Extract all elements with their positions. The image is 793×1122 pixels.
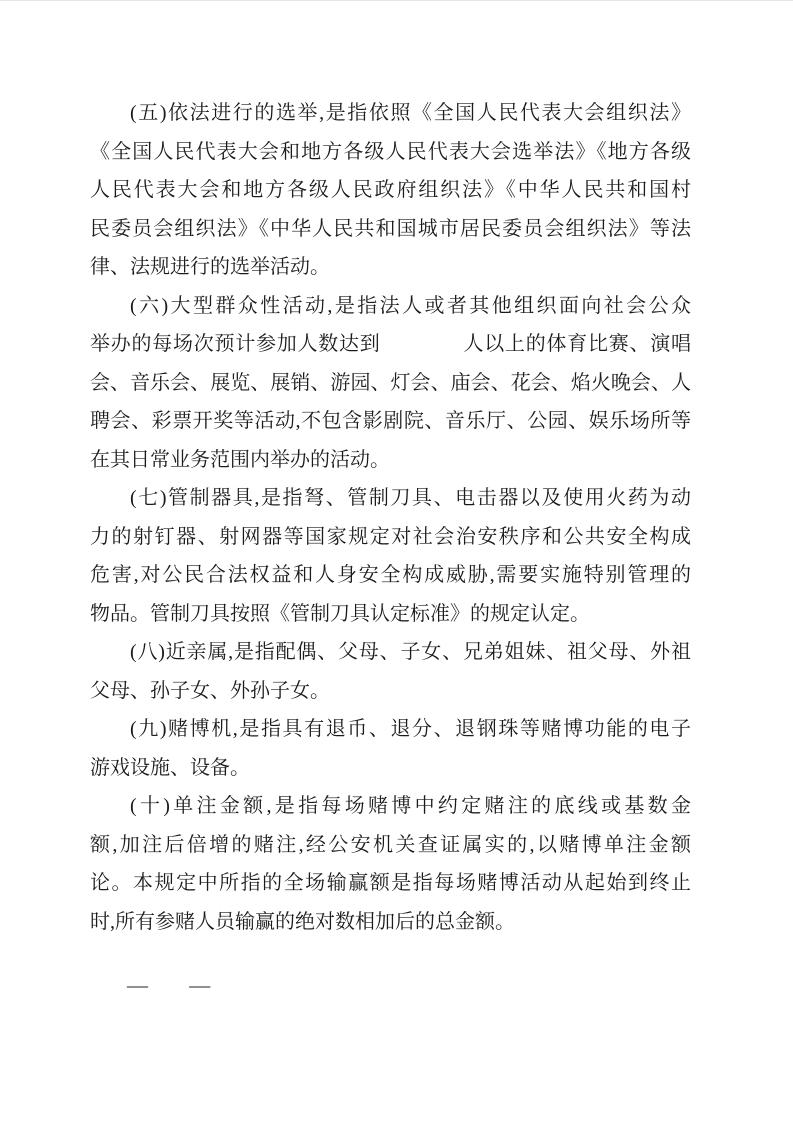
document-body: (五)依法进行的选举,是指依照《全国人民代表大会组织法》 《全国人民代表大会和地… (90, 94, 691, 941)
paragraph-item-9: (九)赌博机,是指具有退币、退分、退钢珠等赌博功能的电子 游戏设施、设备。 (90, 710, 691, 787)
text-line: 聘会、彩票开奖等活动,不包含影剧院、音乐厅、公园、娱乐场所等 (90, 402, 691, 441)
text-line: 危害,对公民合法权益和人身安全构成威胁,需要实施特别管理的 (90, 556, 691, 595)
text-line: 时,所有参赌人员输赢的绝对数相加后的总金额。 (90, 903, 691, 942)
paragraph-item-7: (七)管制器具,是指弩、管制刀具、电击器以及使用火药为动 力的射钉器、射网器等国… (90, 479, 691, 633)
text-line: (八)近亲属,是指配偶、父母、子女、兄弟姐妹、祖父母、外祖 (90, 633, 691, 672)
text-line: 游戏设施、设备。 (90, 749, 691, 788)
document-page: (五)依法进行的选举,是指依照《全国人民代表大会组织法》 《全国人民代表大会和地… (0, 0, 793, 1122)
text-line: 额,加注后倍增的赌注,经公安机关查证属实的,以赌博单注金额 (90, 826, 691, 865)
paragraph-item-10: (十)单注金额,是指每场赌博中约定赌注的底线或基数金 额,加注后倍增的赌注,经公… (90, 787, 691, 941)
text-line: 举办的每场次预计参加人数达到 人以上的体育比赛、演唱 (90, 325, 691, 364)
page-number-dash-left: — (127, 973, 148, 997)
text-line: 力的射钉器、射网器等国家规定对社会治安秩序和公共安全构成 (90, 518, 691, 557)
page-number-footer: — — (127, 973, 210, 997)
paragraph-item-5: (五)依法进行的选举,是指依照《全国人民代表大会组织法》 《全国人民代表大会和地… (90, 94, 691, 287)
text-line: 在其日常业务范围内举办的活动。 (90, 441, 691, 480)
text-line: 父母、孙子女、外孙子女。 (90, 672, 691, 711)
text-line: 论。本规定中所指的全场输赢额是指每场赌博活动从起始到终止 (90, 864, 691, 903)
text-line: 物品。管制刀具按照《管制刀具认定标准》的规定认定。 (90, 595, 691, 634)
paragraph-item-6: (六)大型群众性活动,是指法人或者其他组织面向社会公众 举办的每场次预计参加人数… (90, 287, 691, 480)
text-line: 人民代表大会和地方各级人民政府组织法》《中华人民共和国村 (90, 171, 691, 210)
text-line: (六)大型群众性活动,是指法人或者其他组织面向社会公众 (90, 287, 691, 326)
text-line: 会、音乐会、展览、展销、游园、灯会、庙会、花会、焰火晚会、人才招 (90, 364, 691, 403)
paragraph-item-8: (八)近亲属,是指配偶、父母、子女、兄弟姐妹、祖父母、外祖 父母、孙子女、外孙子… (90, 633, 691, 710)
page-number-dash-right: — (189, 973, 210, 997)
text-line: 《全国人民代表大会和地方各级人民代表大会选举法》《地方各级 (90, 133, 691, 172)
text-line: (十)单注金额,是指每场赌博中约定赌注的底线或基数金 (90, 787, 691, 826)
text-line: 律、法规进行的选举活动。 (90, 248, 691, 287)
text-line: (七)管制器具,是指弩、管制刀具、电击器以及使用火药为动 (90, 479, 691, 518)
text-line: 民委员会组织法》《中华人民共和国城市居民委员会组织法》等法 (90, 210, 691, 249)
text-line: (九)赌博机,是指具有退币、退分、退钢珠等赌博功能的电子 (90, 710, 691, 749)
text-line: (五)依法进行的选举,是指依照《全国人民代表大会组织法》 (90, 94, 691, 133)
